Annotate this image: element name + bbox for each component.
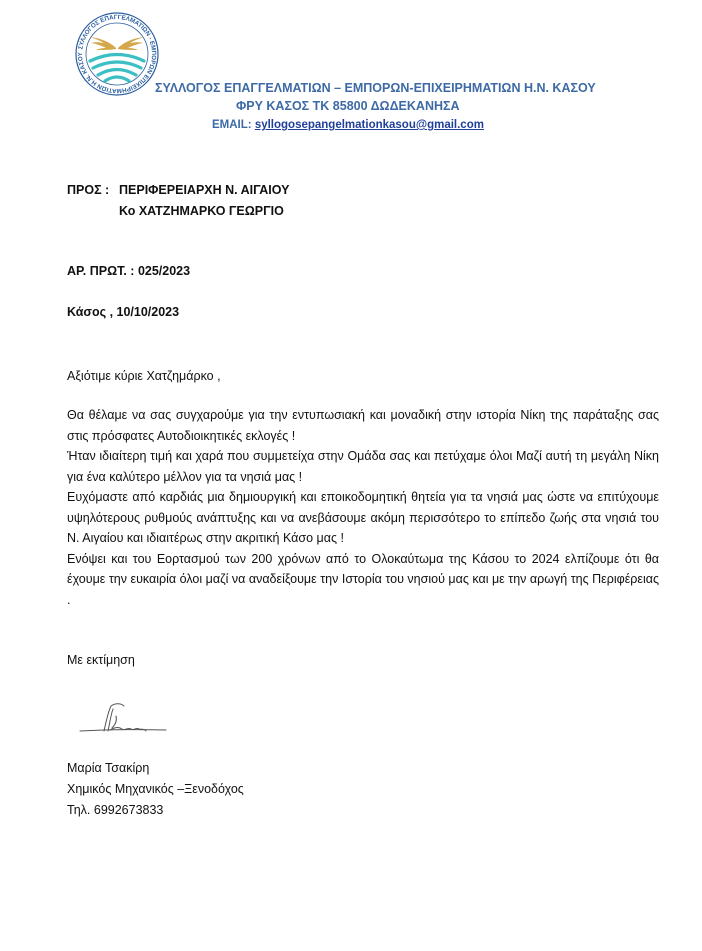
email-link[interactable]: syllogosepangelmationkasou@gmail.com: [255, 119, 484, 131]
signatory-title: Χημικός Μηχανικός –Ξενοδόχος: [67, 779, 244, 800]
recipient-office: ΠΕΡΙΦΕΡΕΙΑΡΧΗ Ν. ΑΙΓΑΙΟΥ: [119, 183, 290, 197]
paragraph: Ήταν ιδιαίτερη τιμή και χαρά που συμμετε…: [67, 446, 659, 487]
greeting: Αξιότιμε κύριε Χατζημάρκο ,: [67, 366, 221, 387]
paragraph: Ενόψει και του Εορτασμού των 200 χρόνων …: [67, 549, 659, 611]
letter-body: Θα θέλαμε να σας συγχαρούμε για την εντυ…: [67, 405, 659, 610]
email-label: EMAIL:: [212, 119, 255, 131]
paragraph: Ευχόμαστε από καρδιάς μια δημιουργική κα…: [67, 487, 659, 549]
closing: Με εκτίμηση: [67, 650, 135, 671]
recipient-label: ΠΡΟΣ :: [67, 183, 119, 197]
recipient-line-1: ΠΡΟΣ :ΠΕΡΙΦΕΡΕΙΑΡΧΗ Ν. ΑΙΓΑΙΟΥ: [67, 183, 290, 197]
protocol-number: ΑΡ. ΠΡΩΤ. : 025/2023: [67, 264, 190, 278]
recipient-name: Κο ΧΑΤΖΗΜΑΡΚΟ ΓΕΩΡΓΙΟ: [119, 204, 284, 218]
letterhead-address: ΦΡΥ ΚΑΣΟΣ ΤΚ 85800 ΔΩΔΕΚΑΝΗΣΑ: [236, 99, 460, 113]
letterhead-org-name: ΣΥΛΛΟΓΟΣ ΕΠΑΓΓΕΛΜΑΤΙΩΝ – ΕΜΠΟΡΩΝ-ΕΠΙΧΕΙΡ…: [155, 81, 596, 95]
signature-image: [78, 700, 178, 742]
place-date: Κάσος , 10/10/2023: [67, 305, 179, 319]
signatory-name: Μαρία Τσακίρη: [67, 758, 149, 779]
letterhead-email-line: EMAIL: syllogosepangelmationkasou@gmail.…: [212, 119, 484, 131]
paragraph: Θα θέλαμε να σας συγχαρούμε για την εντυ…: [67, 405, 659, 446]
signatory-phone: Τηλ. 6992673833: [67, 800, 163, 821]
